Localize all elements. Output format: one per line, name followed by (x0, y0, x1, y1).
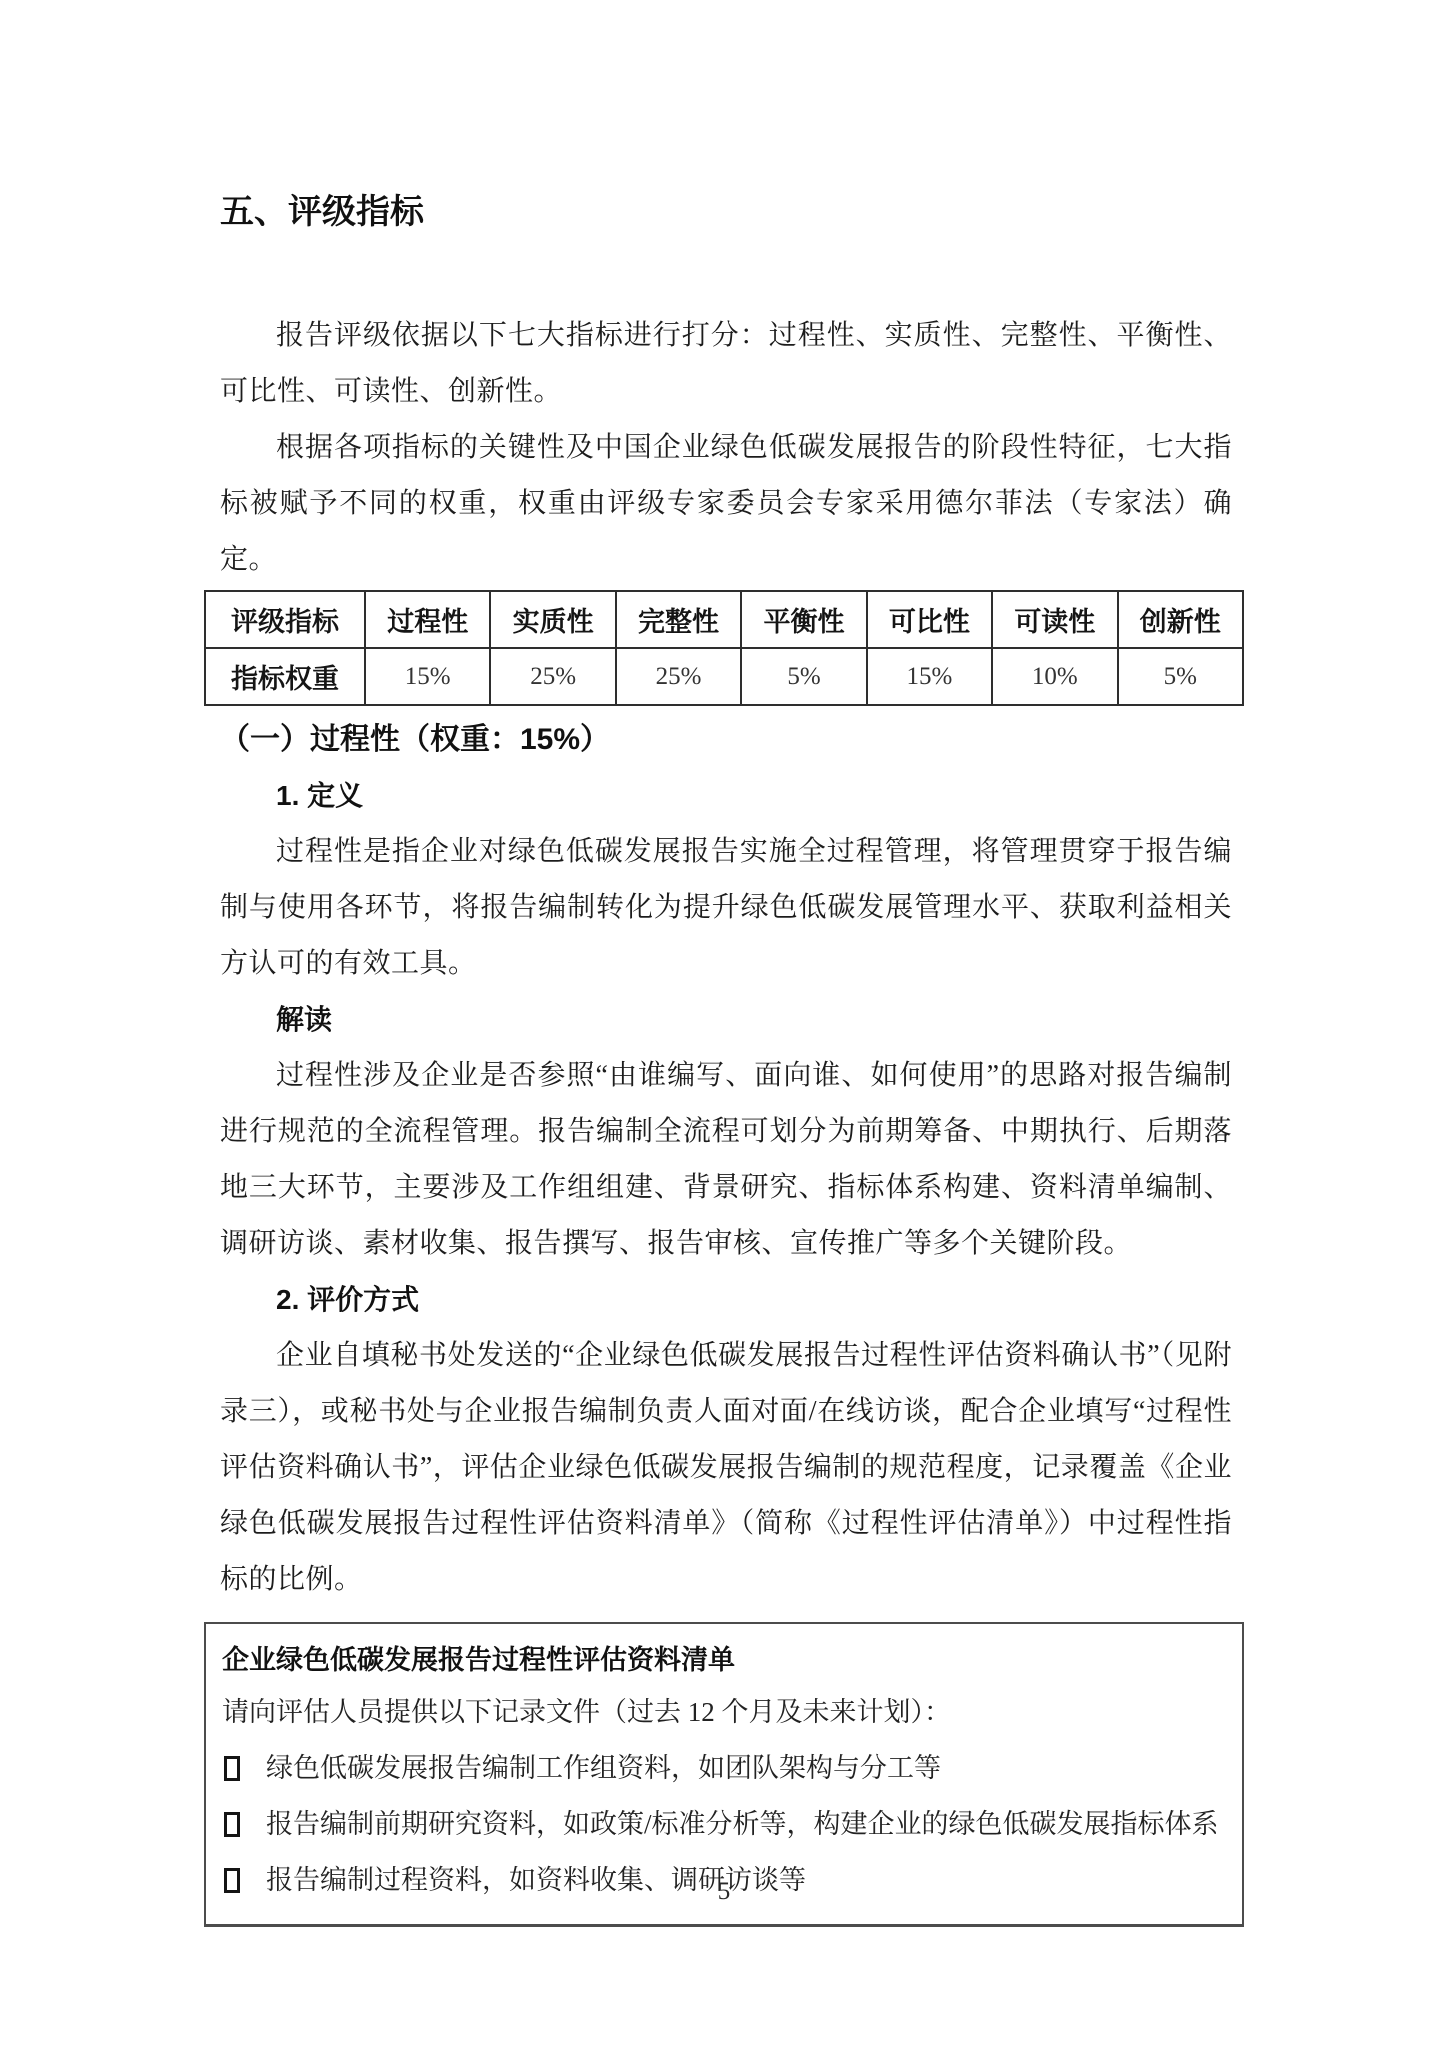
table-weight-cell: 5% (741, 648, 866, 705)
table-weight-cell: 10% (992, 648, 1117, 705)
checklist-item-label: 报告编制前期研究资料，如政策/标准分析等，构建企业的绿色低碳发展指标体系 (266, 1796, 1224, 1852)
table-header-cell: 过程性 (365, 591, 490, 648)
table-weight-cell: 25% (490, 648, 615, 705)
evaluation-heading: 2. 评价方式 (220, 1272, 1232, 1328)
checkbox-icon (224, 1812, 240, 1837)
checklist-item: 绿色低碳发展报告编制工作组资料，如团队架构与分工等 (222, 1740, 1224, 1796)
table-weight-cell: 5% (1118, 648, 1243, 705)
table-header-cell: 可比性 (867, 591, 992, 648)
page-number: 5 (0, 1878, 1448, 1906)
table-header-cell: 创新性 (1118, 591, 1243, 648)
table-weight-cell: 15% (867, 648, 992, 705)
interpretation-heading: 解读 (220, 992, 1232, 1048)
table-weight-row: 指标权重 15% 25% 25% 5% 15% 10% 5% (205, 648, 1243, 705)
checklist-item: 报告编制前期研究资料，如政策/标准分析等，构建企业的绿色低碳发展指标体系 (222, 1796, 1224, 1852)
evaluation-paragraph: 企业自填秘书处发送的“企业绿色低碳发展报告过程性评估资料确认书”（见附录三），或… (220, 1328, 1232, 1608)
page-title: 五、评级指标 (220, 190, 1244, 234)
intro-paragraph-2: 根据各项指标的关键性及中国企业绿色低碳发展报告的阶段性特征，七大指标被赋予不同的… (220, 420, 1232, 588)
checklist-box-title: 企业绿色低碳发展报告过程性评估资料清单 (222, 1636, 1224, 1684)
table-header-row: 评级指标 过程性 实质性 完整性 平衡性 可比性 可读性 创新性 (205, 591, 1243, 648)
checklist-item-label: 绿色低碳发展报告编制工作组资料，如团队架构与分工等 (266, 1740, 1224, 1796)
interpretation-paragraph: 过程性涉及企业是否参照“由谁编写、面向谁、如何使用”的思路对报告编制进行规范的全… (220, 1048, 1232, 1272)
table-header-cell: 可读性 (992, 591, 1117, 648)
checklist-box-intro: 请向评估人员提供以下记录文件（过去 12 个月及未来计划）： (222, 1684, 1224, 1740)
definition-paragraph: 过程性是指企业对绿色低碳发展报告实施全过程管理，将管理贯穿于报告编制与使用各环节… (220, 824, 1232, 992)
table-header-cell: 平衡性 (741, 591, 866, 648)
table-row-label: 指标权重 (205, 648, 365, 705)
checkbox-icon (224, 1756, 240, 1781)
document-page: 五、评级指标 报告评级依据以下七大指标进行打分：过程性、实质性、完整性、平衡性、… (204, 190, 1244, 1927)
table-header-cell: 完整性 (616, 591, 741, 648)
table-header-cell: 评级指标 (205, 591, 365, 648)
definition-heading: 1. 定义 (220, 768, 1232, 824)
intro-paragraph-1: 报告评级依据以下七大指标进行打分：过程性、实质性、完整性、平衡性、可比性、可读性… (220, 308, 1232, 420)
weights-table: 评级指标 过程性 实质性 完整性 平衡性 可比性 可读性 创新性 指标权重 15… (204, 590, 1244, 706)
table-weight-cell: 25% (616, 648, 741, 705)
section-heading: （一）过程性（权重：15%） (220, 712, 1232, 768)
table-header-cell: 实质性 (490, 591, 615, 648)
table-weight-cell: 15% (365, 648, 490, 705)
